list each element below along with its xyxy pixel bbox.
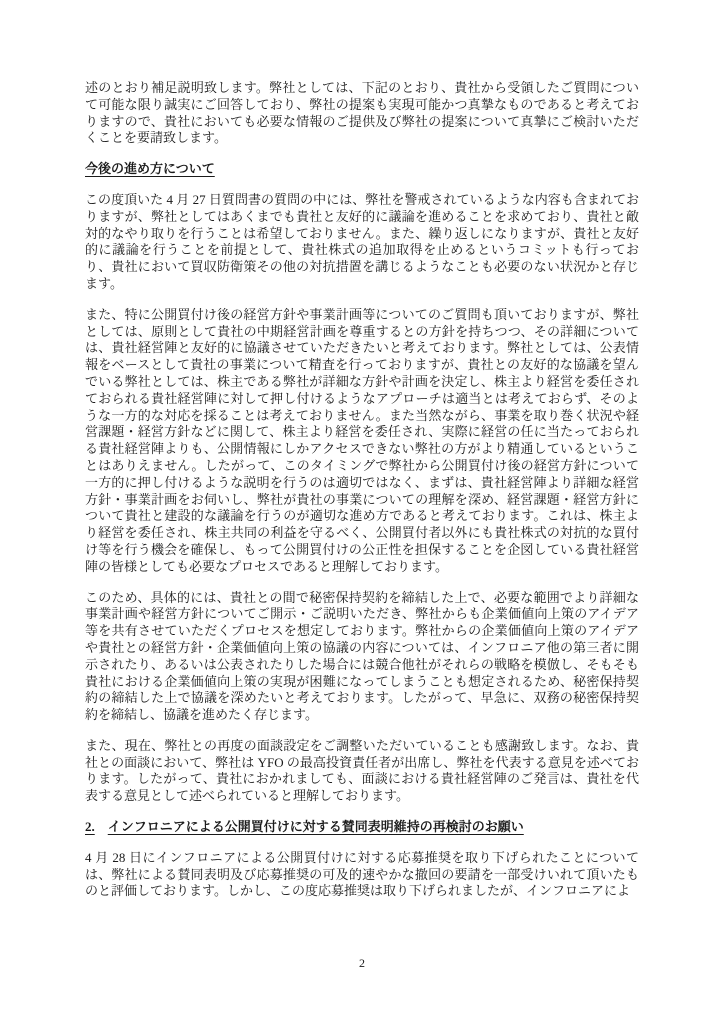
section-2-number: 2.: [85, 819, 95, 836]
page-number: 2: [0, 955, 724, 971]
section-heading-future-steps-label: 今後の進め方について: [85, 161, 215, 176]
paragraph-nda-proposal: このため、具体的には、貴社との間で秘密保持契約を締結した上で、必要な範囲でより詳…: [85, 590, 639, 724]
document-page: 述のとおり補足説明致します。弊社としては、下記のとおり、貴社から受領したご質問に…: [85, 80, 639, 914]
paragraph-friendly-discussion: この度頂いた 4 月 27 日質問書の質問の中には、弊社を警戒されているような内…: [85, 192, 639, 293]
section-2-title: インフロニアによる公開買付けに対する賛同表明維持の再検討のお願い: [108, 819, 524, 836]
paragraph-meeting-arrangement: また、現在、弊社との再度の面談設定をご調整いただいていることも感謝致します。なお…: [85, 738, 639, 805]
section-heading-2: 2. インフロニアによる公開買付けに対する賛同表明維持の再検討のお願い: [85, 819, 639, 836]
paragraph-tob-recommendation-withdrawal: 4 月 28 日にインフロニアによる公開買付けに対する応募推奨を取り下げられたこ…: [85, 850, 639, 900]
paragraph-management-policy: また、特に公開買付け後の経営方針や事業計画等についてのご質問も頂いておりますが、…: [85, 307, 639, 576]
document-viewer: { "document": { "intro_paragraph": "述のとお…: [0, 0, 724, 1024]
section-heading-future-steps: 今後の進め方について: [85, 161, 639, 178]
intro-continuation-paragraph: 述のとおり補足説明致します。弊社としては、下記のとおり、貴社から受領したご質問に…: [85, 80, 639, 147]
